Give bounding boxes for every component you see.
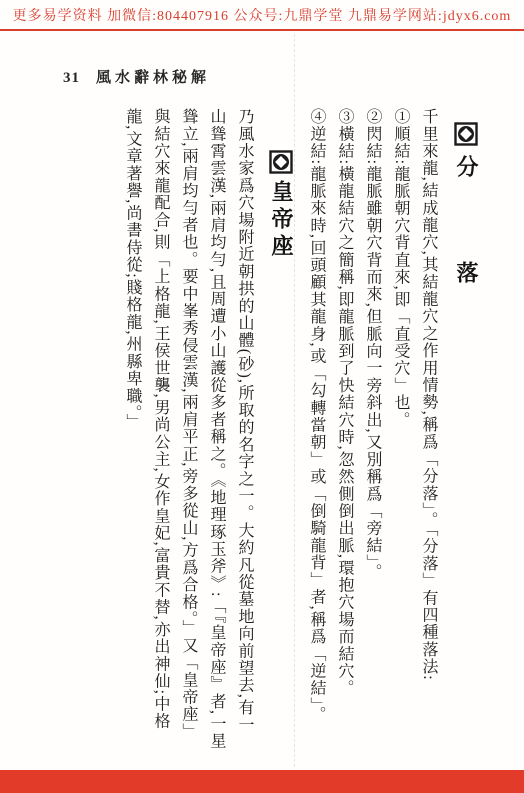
section-marker-icon: [454, 122, 478, 146]
page-number: 31: [63, 70, 80, 86]
promo-banner-text: 更多易学资料 加微信:804407916 公众号:九鼎学堂 九鼎易学网站:jdy…: [0, 5, 524, 25]
paragraph-fenluo-item-2: ②閃結:龍脈雖朝穴背而來,但脈向一旁斜出,又別稱爲「旁結」。: [358, 108, 386, 750]
book-title: 風水辭林秘解: [96, 70, 210, 86]
paragraph-fenluo-item-1: ①順結:龍脈朝穴背直來,即「直受穴」也。: [386, 108, 414, 750]
paragraph-fenluo-item-4: ④逆結:龍脈來時,回頭顧其龍身,或「勾轉當朝」或「倒騎龍背」者,稱爲「逆結」。: [302, 108, 330, 750]
section-marker-icon: [269, 150, 293, 174]
paragraph-huangdizuo-body: 乃風水家爲穴場附近朝拱的山體(砂),所取的名字之一。大約凡從墓地向前望去,有一山…: [118, 108, 258, 750]
bottom-red-bar: [0, 770, 524, 793]
scanned-book-page: 更多易学资料 加微信:804407916 公众号:九鼎学堂 九鼎易学网站:jdy…: [0, 0, 524, 793]
paragraph-fenluo-intro: 千里來龍,結成龍穴,其結龍穴之作用情勢,稱爲「分落」。「分落」有四種落法:: [414, 108, 442, 750]
section-heading-fenluo: 分落: [448, 108, 484, 750]
section-title: 皇帝座: [269, 180, 294, 261]
banner-divider-line: [0, 29, 524, 31]
section-title: 分落: [454, 155, 479, 367]
section-heading-huangdizuo: 皇帝座: [263, 108, 299, 750]
running-head: 31風水辭林秘解: [63, 66, 210, 87]
paragraph-fenluo-item-3: ③橫結:橫龍結穴之簡稱,即龍脈到了快結穴時,忽然側倒出脈,環抱穴場而結穴。: [330, 108, 358, 750]
page-body-vertical-text: 分落 千里來龍,結成龍穴,其結龍穴之作用情勢,稱爲「分落」。「分落」有四種落法:…: [118, 108, 484, 750]
